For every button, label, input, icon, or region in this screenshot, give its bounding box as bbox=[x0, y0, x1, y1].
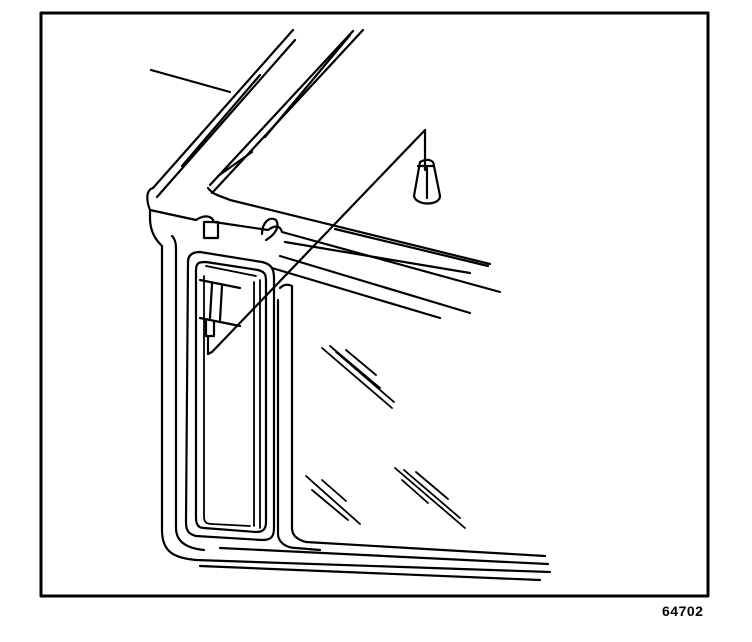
window-glass bbox=[278, 285, 545, 556]
glass-reflection-top bbox=[322, 346, 394, 408]
technical-diagram bbox=[0, 0, 752, 642]
corner-cap bbox=[147, 188, 153, 218]
body-rails bbox=[208, 188, 500, 318]
seal-channel bbox=[186, 252, 274, 540]
glass-reflection-bottom-right bbox=[395, 468, 465, 528]
roof-rail bbox=[153, 30, 363, 197]
figure-number: 64702 bbox=[662, 603, 703, 619]
roof-edge-leader bbox=[151, 70, 230, 92]
diagram-frame bbox=[41, 13, 708, 596]
pillar bbox=[150, 218, 550, 580]
clip-left bbox=[204, 222, 218, 238]
push-pin-retainer-icon bbox=[414, 160, 440, 204]
glass-reflection-bottom-left bbox=[306, 476, 360, 524]
